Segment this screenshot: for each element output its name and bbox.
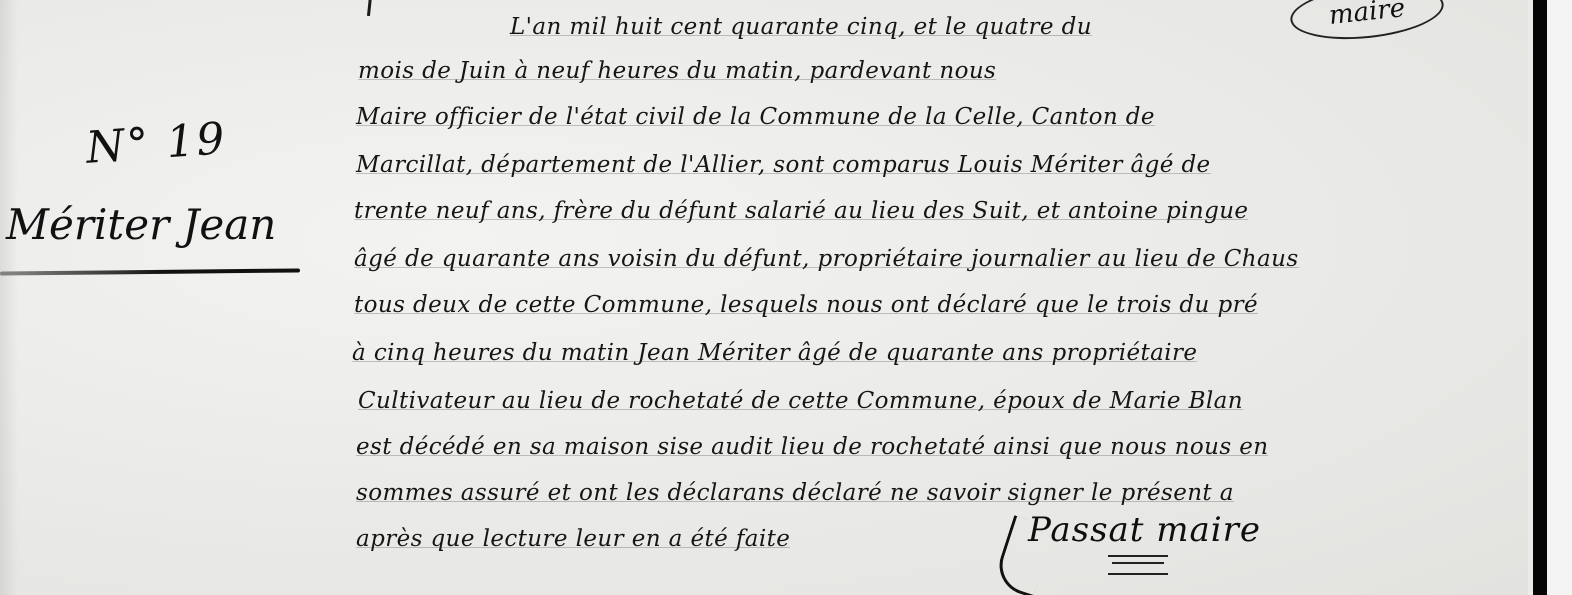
record-line-8: à cinq heures du matin Jean Mériter âgé … — [352, 340, 1197, 366]
record-line-9: Cultivateur au lieu de rochetaté de cett… — [358, 388, 1243, 414]
margin-underline — [0, 268, 300, 275]
record-line-1: L'an mil huit cent quarante cinq, et le … — [510, 14, 1092, 40]
record-line-7: tous deux de cette Commune, lesquels nou… — [354, 292, 1258, 318]
scan-margin — [1547, 0, 1572, 595]
record-line-11: sommes assuré et ont les déclarans décla… — [356, 480, 1234, 506]
margin-entry: N° 19 Mériter Jean — [0, 110, 320, 300]
mayor-signature: Passat maire — [1028, 510, 1261, 550]
record-line-12: après que lecture leur en a été faite — [356, 526, 790, 552]
record-line-6: âgé de quarante ans voisin du défunt, pr… — [354, 246, 1299, 272]
page-edge-border — [1533, 0, 1547, 595]
document-page: N° 19 Mériter Jean L'an mil huit cent qu… — [0, 0, 1528, 595]
record-line-10: est décédé en sa maison sise audit lieu … — [356, 434, 1268, 460]
record-body: L'an mil huit cent quarante cinq, et le … — [350, 0, 1530, 595]
mayor-mark: maire — [1288, 0, 1447, 46]
deceased-name: Mériter Jean — [6, 200, 276, 249]
record-line-5: trente neuf ans, frère du défunt salarié… — [354, 198, 1248, 224]
record-line-3: Maire officier de l'état civil de la Com… — [356, 104, 1155, 130]
record-line-4: Marcillat, département de l'Allier, sont… — [356, 152, 1211, 178]
signature-paraph — [1108, 555, 1168, 575]
record-line-2: mois de Juin à neuf heures du matin, par… — [358, 58, 996, 84]
record-number: N° 19 — [84, 113, 228, 174]
